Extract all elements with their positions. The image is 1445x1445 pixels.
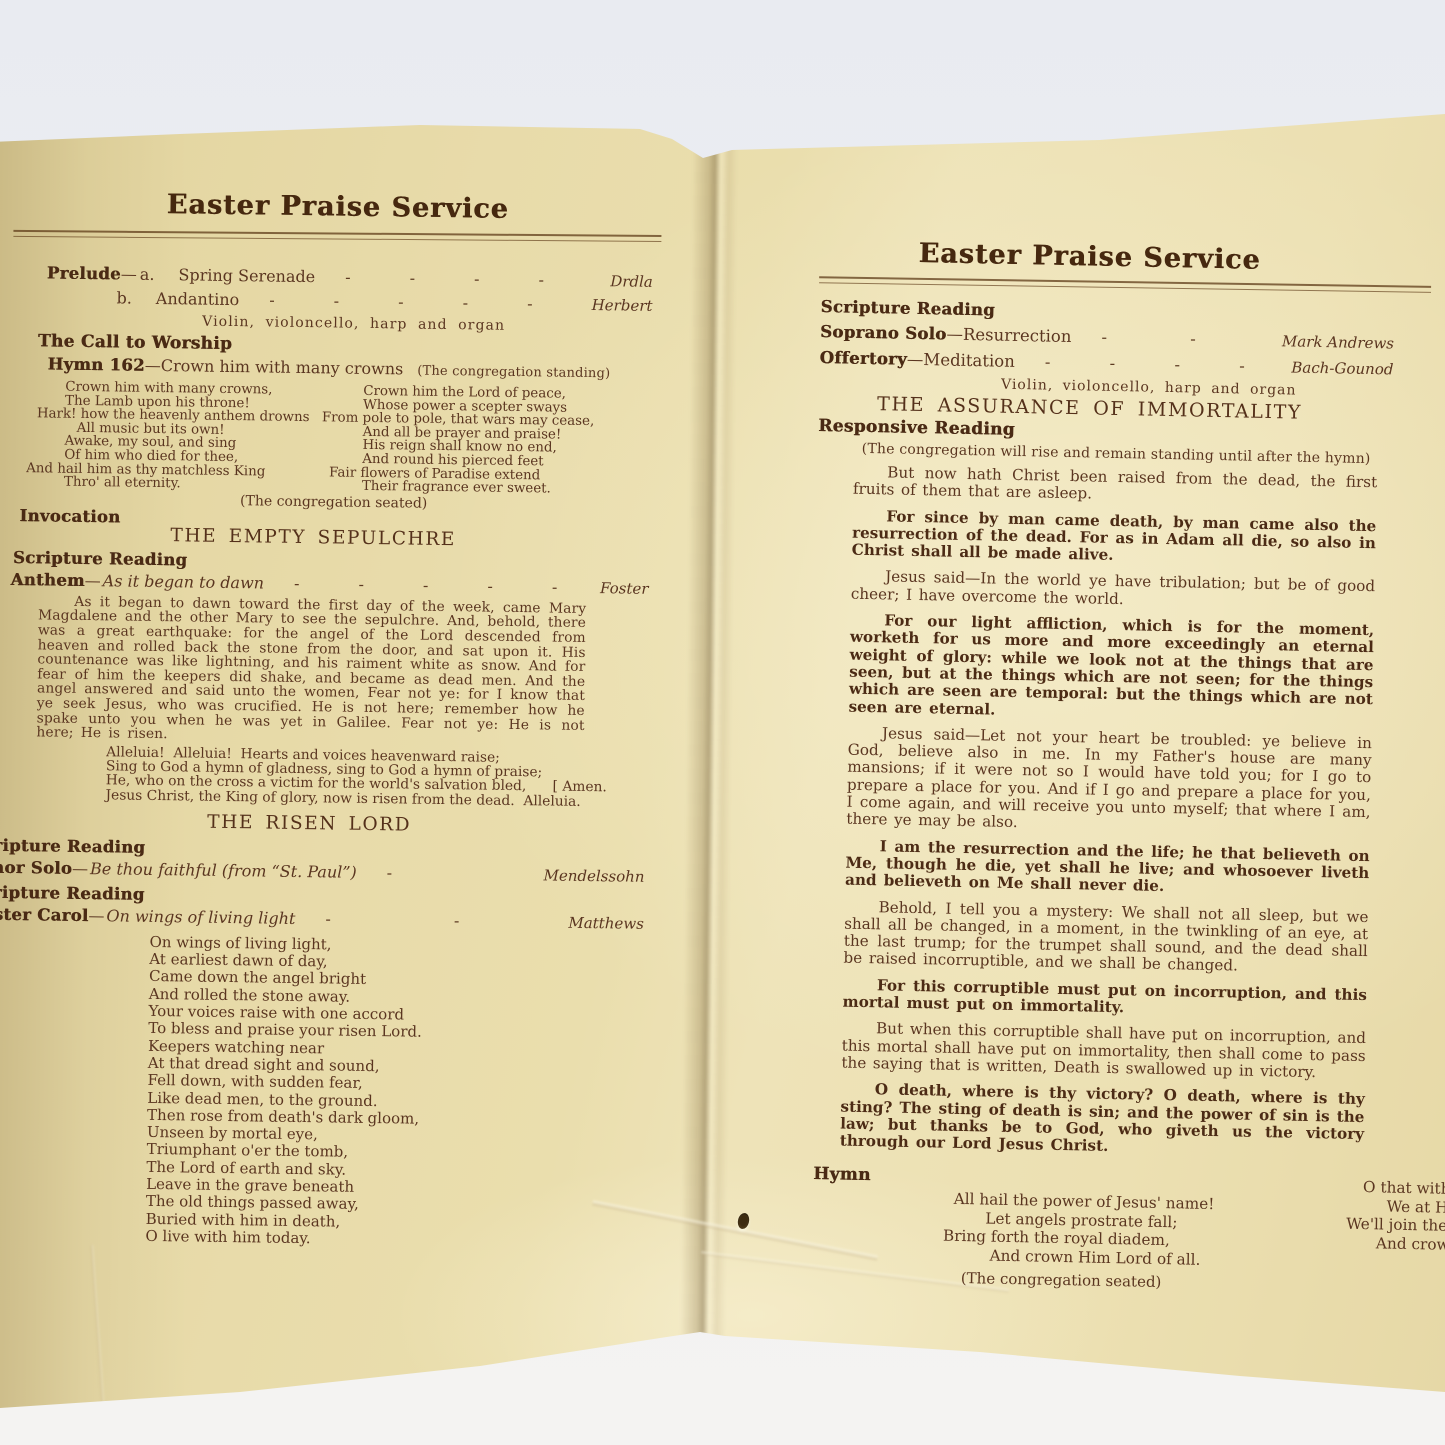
leader-dashes: - - - - (1101, 327, 1266, 351)
composer: Herbert (592, 295, 661, 316)
hymn-verse-right-column: Crown him the Lord of peace,Whose power … (321, 384, 659, 497)
offertory-label: Offertory (819, 347, 907, 370)
alleluia-stanza: Alleluia! Alleluia! Hearts and voices he… (5, 744, 654, 810)
congregation-seated-note: (The congregation seated) (801, 1266, 1321, 1294)
leader-dashes: - - - - - (269, 291, 576, 315)
section-label: Responsive Reading (818, 416, 1015, 440)
risen-lord-heading: THE RISEN LORD (5, 810, 613, 837)
reading-paragraph: Jesus said—Let not your heart be trouble… (846, 724, 1372, 838)
congregation-standing-note: (The congregation standing) (417, 362, 610, 385)
piece-title: Meditation (923, 349, 1015, 372)
photo-backdrop: Easter Praise Service Prelude—a. Spring … (0, 0, 1445, 1445)
anthem-label: Anthem (10, 570, 84, 591)
verse-line: Thro' all eternity. (36, 475, 321, 493)
separator: — (121, 264, 137, 284)
page-title: Easter Praise Service (14, 187, 662, 228)
hymn-label: Hymn 162 (47, 354, 144, 375)
piece-title: On wings of living light (106, 906, 295, 929)
title-rule (13, 230, 661, 242)
section-label: Scripture Reading (0, 882, 145, 903)
easter-carol-label: Easter Carol (0, 904, 89, 926)
leader-dashes: - - - - - (1045, 351, 1276, 377)
anthem-scripture-text: As it began to dawn toward the first day… (36, 594, 586, 748)
reading-paragraph: For our light affliction, which is for t… (848, 612, 1374, 726)
leader-dashes: - - - - - (294, 574, 584, 598)
composer: Matthews (568, 913, 652, 934)
hymn-right-column: O that with yonder sacred throngWe at Hi… (1239, 1176, 1445, 1277)
reading-paragraph: Jesus said—In the world ye have tribulat… (851, 568, 1376, 613)
page-left: Easter Praise Service Prelude—a. Spring … (0, 187, 662, 1252)
hymn-title: Crown him with many crowns (161, 356, 404, 379)
section-label: The Call to Worship (38, 331, 232, 354)
composer: Bach-Gounod (1291, 357, 1419, 381)
soprano-solo-label: Soprano Solo (820, 321, 947, 345)
paper-hole (736, 1212, 750, 1230)
piece-title: As it began to dawn (103, 571, 265, 593)
separator: — (88, 906, 104, 926)
section-label: Scripture Reading (820, 297, 995, 319)
reading-paragraph: O death, where is thy victory? O death, … (840, 1081, 1365, 1161)
title-rule (819, 276, 1431, 293)
section-label: Scripture Reading (0, 835, 145, 856)
separator: — (907, 349, 924, 370)
reading-paragraph: Behold, I tell you a mystery: We shall n… (843, 898, 1368, 978)
item-prefix: a. (140, 265, 155, 285)
reading-paragraph: But now hath Christ been raised from the… (853, 464, 1378, 509)
closing-hymn-columns: All hail the power of Jesus' name!Let an… (801, 1187, 1402, 1273)
section-label: Scripture Reading (13, 548, 188, 569)
composer: Drdla (610, 271, 661, 292)
reading-paragraph: For this corruptible must put on incorru… (842, 976, 1367, 1021)
separator: — (85, 571, 101, 591)
piece-title: Be thou faithful (from “St. Paul”) (90, 859, 357, 883)
piece-title: Andantino (156, 289, 240, 310)
piece-title: Spring Serenade (178, 265, 315, 287)
wrinkle-crease (90, 1245, 105, 1410)
item-prefix: b. (116, 288, 132, 308)
reading-paragraph: I am the resurrection and the life; he t… (845, 837, 1370, 899)
composer: Mendelssohn (543, 865, 652, 887)
separator: — (946, 324, 963, 345)
leader-dashes: - - (387, 863, 528, 885)
composer: Foster (600, 578, 657, 599)
page-right: Easter Praise Service Scripture Reading … (801, 236, 1422, 1296)
page-title: Easter Praise Service (821, 236, 1422, 280)
leader-dashes: - - - (325, 909, 552, 932)
section-label: Hymn (813, 1164, 871, 1185)
verse-line: And crown Him Lord of all. (1352, 1233, 1445, 1257)
hymn-left-column: All hail the power of Jesus' name!Let an… (801, 1187, 1240, 1269)
leader-dashes: - - - - - (345, 268, 594, 291)
separator: — (72, 859, 88, 879)
responsive-reading-paragraphs: But now hath Christ been raised from the… (804, 463, 1418, 1161)
program-lines-block: Scripture Reading Tenor Solo— Be thou fa… (0, 835, 653, 934)
carol-verse: On wings of living light,At earliest daw… (145, 934, 651, 1252)
composer: Mark Andrews (1282, 331, 1420, 355)
reading-paragraph: But when this corruptible shall have put… (841, 1020, 1366, 1082)
center-fold-crease (680, 122, 739, 1344)
hymn-verse-left-column: Crown him with many crowns,The Lamb upon… (36, 380, 322, 493)
reading-paragraph: For since by man came death, by man came… (852, 507, 1377, 569)
prelude-label: Prelude (47, 263, 121, 284)
program-paper: Easter Praise Service Prelude—a. Spring … (0, 0, 1445, 1445)
tenor-solo-label: Tenor Solo (0, 857, 72, 878)
section-label: Invocation (19, 506, 120, 526)
piece-title: Resurrection (963, 324, 1072, 347)
hymn-verse-columns: Crown him with many crowns,The Lamb upon… (36, 380, 659, 497)
separator: — (145, 356, 161, 376)
